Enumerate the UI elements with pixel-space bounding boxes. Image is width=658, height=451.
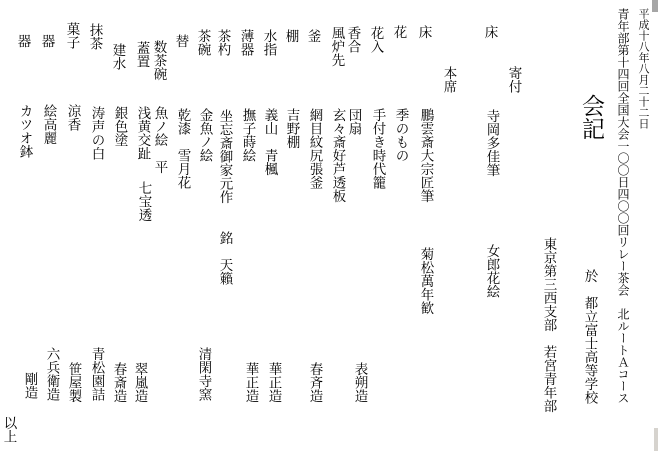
item-desc-hana: 季のもの [394,108,408,162]
maker-chawan: 清閑寺窯 [197,347,211,401]
item-label-mizusashi: 水指 [262,29,276,56]
main-title: 会記 [580,94,603,140]
item-label-kogo: 香合 [346,26,360,53]
item-desc2-toko-honseki: 菊松萬年歓 [419,247,433,315]
item-label-kazuchawan: 数茶碗 [152,40,166,81]
item-label-utsuwa-2: 器 [16,34,30,48]
item-desc-toko-kifu: 寺岡多佳筆 [485,109,499,177]
item-label-tana: 棚 [284,29,298,43]
maker-kashi: 笹屋製 [67,362,81,403]
item-desc-utsuwa-1: 絵高麗 [42,104,56,145]
host-line: 東京第三西支部 若宮青年部 [542,237,556,413]
kaiki-document-page: 平成十八年八月二十二日青年部第十四回全国大会一〇〇日四〇〇回リレー茶会 北ルート… [0,0,658,451]
item-desc2-toko-kifu: 女郎花絵 [485,244,499,298]
maker-utsuwa-1: 六兵衛造 [45,347,59,401]
section-heading-kifu: 寄付 [507,66,521,93]
item-desc-kensui: 銀色塗 [113,106,127,147]
scrollbar-fragment-top[interactable] [652,0,658,12]
maker-utsuwa-2: 剛造 [23,372,37,399]
item-desc-utsuwa-2: カツオ鉢 [18,104,32,158]
maker-kama: 春斉造 [308,362,322,403]
maker-usuki: 華正造 [244,362,258,403]
item-desc-matcha: 涛声の白 [90,106,104,160]
item-label-kashi: 菓子 [65,22,79,49]
maker-kensui: 春斎造 [112,362,126,403]
item-desc-tana: 吉野棚 [285,108,299,149]
item-label-kama: 釜 [306,29,320,43]
item-desc-kama: 網目紋尻張釜 [308,108,322,189]
item-mei-chashaku: 銘 天籟 [218,231,232,285]
item-desc-hanaire: 手付き時代籠 [371,108,385,189]
section-heading-honseki: 本席 [442,66,456,93]
venue-line: 於 都立富士高等学校 [583,269,597,404]
item-label-usuki: 薄器 [239,29,253,56]
item-desc-kazuchawan: 魚ノ絵 平 [153,106,167,174]
item-desc-kashi: 涼香 [66,104,80,131]
item-label-utsuwa-1: 器 [40,34,54,48]
maker-kogo: 表朔造 [353,362,367,403]
item-label-furosaki: 風炉先 [330,26,344,67]
item-label-hanaire: 花入 [369,26,383,53]
item-desc2-futaoki: 七宝透 [137,181,151,222]
item-desc-kae: 乾漆 雪月花 [176,108,190,189]
item-label-kensui: 建水 [111,43,125,70]
date-line: 平成十八年八月二十二日 [637,8,648,129]
scrollbar-fragment-bottom[interactable] [654,428,658,451]
maker-matcha: 青松園詰 [90,347,104,401]
item-label-futaoki: 蓋置 [135,41,149,68]
maker-futaoki: 翠嵐造 [133,362,147,403]
item-label-chawan: 茶碗 [196,29,210,56]
item-desc-toko-honseki: 鵬雲斎大宗匠筆 [419,108,433,203]
item-desc-mizusashi: 義山 青楓 [263,108,277,176]
item-desc-furosaki: 玄々斎好芦透板 [331,108,345,203]
item-label-matcha: 抹茶 [88,23,102,50]
item-label-hana: 花 [392,25,406,39]
maker-mizusashi: 華正造 [267,362,281,403]
item-desc-futaoki: 浅黄交趾 [136,106,150,160]
closing-line: 以上 [2,416,16,443]
item-desc-usuki: 撫子蒔絵 [241,108,255,162]
event-line: 青年部第十四回全国大会一〇〇日四〇〇回リレー茶会 北ルートＡコース [617,8,629,404]
item-label-toko-kifu: 床 [483,25,497,39]
item-desc-chashaku: 坐忘斎御家元作 [218,109,232,204]
item-label-toko-honseki: 床 [417,25,431,39]
item-desc-chawan: 金魚ノ絵 [198,108,212,162]
item-label-chashaku: 茶杓 [216,29,230,56]
item-label-kae: 替 [174,34,188,48]
item-desc-kogo: 団扇 [347,108,361,135]
